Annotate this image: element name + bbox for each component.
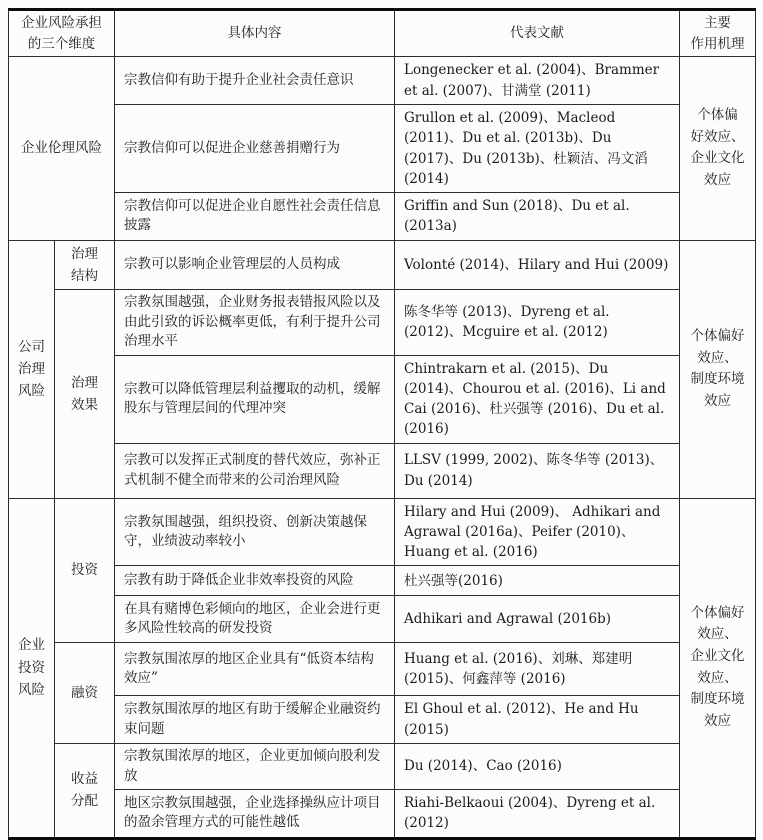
literature-cell: Adhikari and Agrawal (2016b) bbox=[395, 596, 680, 643]
table-row: 公司 治理 风险 治理 结构 宗教可以影响企业管理层的人员构成 Volonté … bbox=[9, 240, 756, 290]
header-mechanism: 主要 作用机理 bbox=[680, 10, 756, 57]
content-cell: 宗教氛围浓厚的地区有助于缓解企业融资约束问题 bbox=[115, 696, 395, 744]
literature-cell: Volonté (2014)、Hilary and Hui (2009) bbox=[395, 240, 680, 290]
sub-investment: 投资 bbox=[55, 498, 115, 643]
content-cell: 宗教信仰有助于提升企业社会责任意识 bbox=[115, 57, 395, 105]
table-row: 在具有赌博色彩倾向的地区，企业会进行更多风险性较高的研发投资 Adhikari … bbox=[9, 596, 756, 643]
literature-cell: Huang et al. (2016)、刘琳、郑建明(2015)、何鑫萍等 (2… bbox=[395, 643, 680, 696]
table-row: 宗教信仰可以促进企业慈善捐赠行为 Grullon et al. (2009)、M… bbox=[9, 105, 756, 193]
content-cell: 宗教可以降低管理层利益攫取的动机，缓解股东与管理层间的代理冲突 bbox=[115, 355, 395, 443]
literature-cell: El Ghoul et al. (2012)、He and Hu (2015) bbox=[395, 696, 680, 744]
header-dimension: 企业风险承担 的三个维度 bbox=[9, 10, 115, 57]
content-cell: 宗教氛围浓厚的地区，企业更加倾向股利发放 bbox=[115, 743, 395, 789]
content-cell: 宗教有助于降低企业非效率投资的风险 bbox=[115, 566, 395, 596]
literature-cell: 陈冬华等 (2013)、Dyreng et al. (2012)、Mcguire… bbox=[395, 290, 680, 356]
table-row: 宗教可以降低管理层利益攫取的动机，缓解股东与管理层间的代理冲突 Chintrak… bbox=[9, 355, 756, 443]
dimension-governance: 公司 治理 风险 bbox=[9, 240, 55, 498]
literature-cell: Longenecker et al. (2004)、Brammer et al.… bbox=[395, 57, 680, 105]
literature-cell: Griffin and Sun (2018)、Du et al. (2013a) bbox=[395, 193, 680, 241]
content-cell: 宗教信仰可以促进企业自愿性社会责任信息披露 bbox=[115, 193, 395, 241]
content-cell: 宗教可以发挥正式制度的替代效应，弥补正式机制不健全而带来的公司治理风险 bbox=[115, 443, 395, 498]
table-row: 收益 分配 宗教氛围浓厚的地区，企业更加倾向股利发放 Du (2014)、Cao… bbox=[9, 743, 756, 789]
table-row: 地区宗教氛围越强，企业选择操纵应计项目的盈余管理方式的可能性越低 Riahi-B… bbox=[9, 790, 756, 839]
content-cell: 宗教氛围越强，组织投资、创新决策越保守，业绩波动率较小 bbox=[115, 498, 395, 566]
sub-governance-effect: 治理 效果 bbox=[55, 290, 115, 499]
dimension-ethics: 企业伦理风险 bbox=[9, 57, 115, 241]
literature-cell: Hilary and Hui (2009)、 Adhikari and Agra… bbox=[395, 498, 680, 566]
header-literature: 代表文献 bbox=[395, 10, 680, 57]
table-row: 宗教有助于降低企业非效率投资的风险 杜兴强等(2016) bbox=[9, 566, 756, 596]
content-cell: 宗教氛围越强，企业财务报表错报风险以及由此引致的诉讼概率更低，有利于提升公司治理… bbox=[115, 290, 395, 356]
literature-cell: Riahi-Belkaoui (2004)、Dyreng et al. (201… bbox=[395, 790, 680, 839]
sub-financing: 融资 bbox=[55, 643, 115, 744]
content-cell: 宗教信仰可以促进企业慈善捐赠行为 bbox=[115, 105, 395, 193]
content-cell: 地区宗教氛围越强，企业选择操纵应计项目的盈余管理方式的可能性越低 bbox=[115, 790, 395, 839]
table-row: 宗教氛围浓厚的地区有助于缓解企业融资约束问题 El Ghoul et al. (… bbox=[9, 696, 756, 744]
table-row: 宗教信仰可以促进企业自愿性社会责任信息披露 Griffin and Sun (2… bbox=[9, 193, 756, 241]
literature-cell: Chintrakarn et al. (2015)、Du (2014)、Chou… bbox=[395, 355, 680, 443]
literature-cell: 杜兴强等(2016) bbox=[395, 566, 680, 596]
table-row: 企业 投资 风险 投资 宗教氛围越强，组织投资、创新决策越保守，业绩波动率较小 … bbox=[9, 498, 756, 566]
header-content: 具体内容 bbox=[115, 10, 395, 57]
literature-cell: LLSV (1999, 2002)、陈冬华等 (2013)、Du (2014) bbox=[395, 443, 680, 498]
content-cell: 在具有赌博色彩倾向的地区，企业会进行更多风险性较高的研发投资 bbox=[115, 596, 395, 643]
table-row: 宗教可以发挥正式制度的替代效应，弥补正式机制不健全而带来的公司治理风险 LLSV… bbox=[9, 443, 756, 498]
risk-table: 企业风险承担 的三个维度 具体内容 代表文献 主要 作用机理 企业伦理风险 宗教… bbox=[8, 8, 756, 840]
mechanism-ethics: 个体偏 好效应、 企业文化 效应 bbox=[680, 57, 756, 241]
literature-cell: Grullon et al. (2009)、Macleod (2011)、Du … bbox=[395, 105, 680, 193]
sub-governance-structure: 治理 结构 bbox=[55, 240, 115, 290]
content-cell: 宗教可以影响企业管理层的人员构成 bbox=[115, 240, 395, 290]
mechanism-investment: 个体偏好 效应、 企业文化 效应、 制度环境 效应 bbox=[680, 498, 756, 838]
literature-cell: Du (2014)、Cao (2016) bbox=[395, 743, 680, 789]
table-row: 治理 效果 宗教氛围越强，企业财务报表错报风险以及由此引致的诉讼概率更低，有利于… bbox=[9, 290, 756, 356]
document-page: 企业风险承担 的三个维度 具体内容 代表文献 主要 作用机理 企业伦理风险 宗教… bbox=[0, 0, 763, 840]
table-row: 融资 宗教氛围浓厚的地区企业具有“低资本结构效应” Huang et al. (… bbox=[9, 643, 756, 696]
sub-income-distribution: 收益 分配 bbox=[55, 743, 115, 838]
dimension-investment: 企业 投资 风险 bbox=[9, 498, 55, 838]
mechanism-governance: 个体偏好 效应、 制度环境 效应 bbox=[680, 240, 756, 498]
header-row: 企业风险承担 的三个维度 具体内容 代表文献 主要 作用机理 bbox=[9, 10, 756, 57]
content-cell: 宗教氛围浓厚的地区企业具有“低资本结构效应” bbox=[115, 643, 395, 696]
table-row: 企业伦理风险 宗教信仰有助于提升企业社会责任意识 Longenecker et … bbox=[9, 57, 756, 105]
